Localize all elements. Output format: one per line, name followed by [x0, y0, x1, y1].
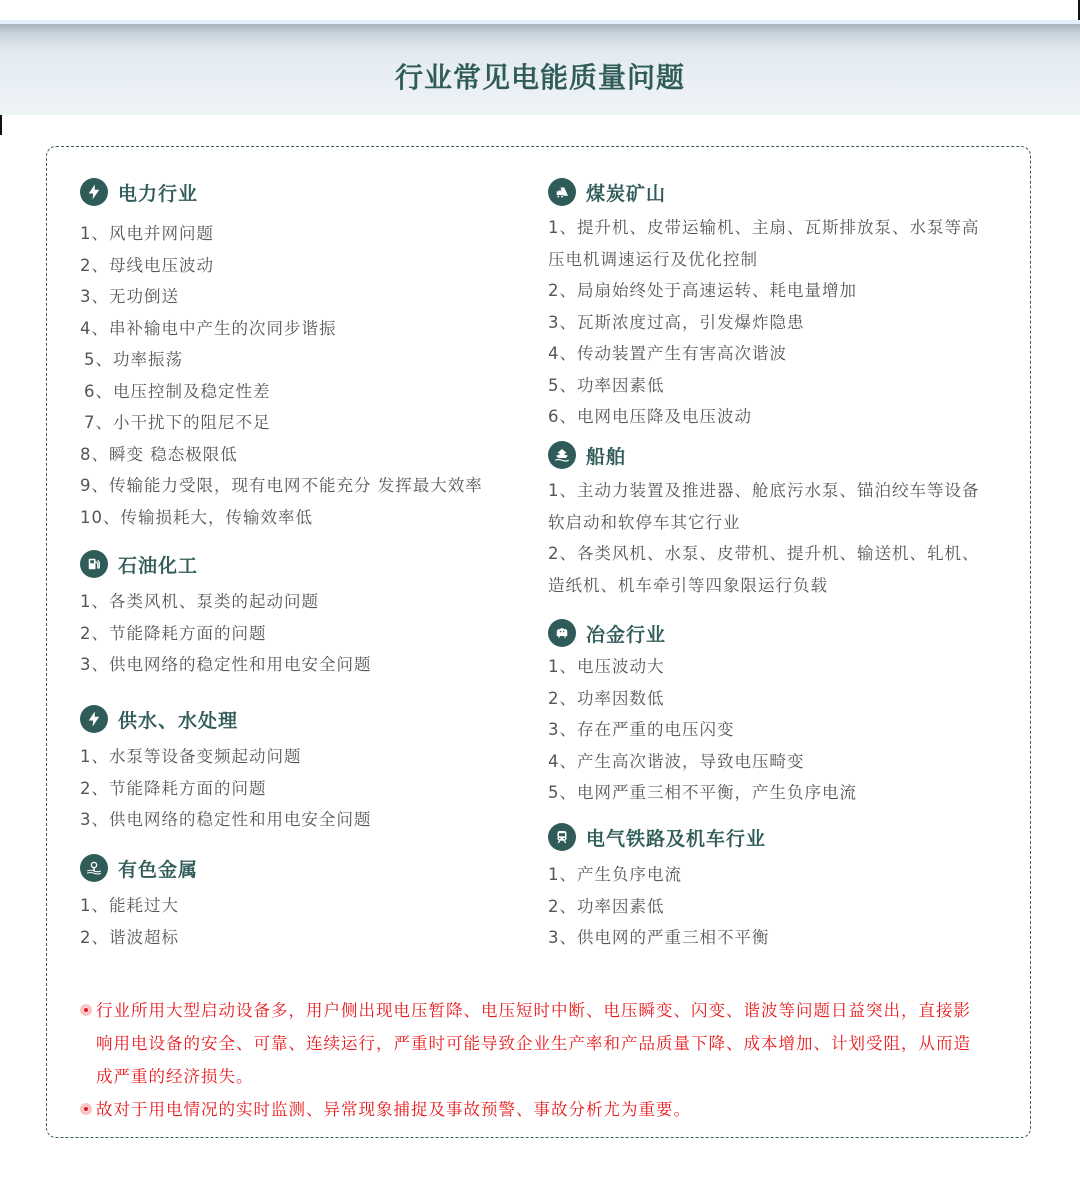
mine-cart-icon	[548, 178, 576, 206]
section-metallurgy: 冶金行业 1、电压波动大 2、功率因数低 3、存在严重的电压闪变 4、产生高次谐…	[548, 615, 988, 809]
note-text: 故对于用电情况的实时监测、异常现象捕捉及事故预警、事故分析尤为重要。	[96, 1100, 691, 1119]
list-item: 2、各类风机、水泵、皮带机、提升机、输送机、轧机、造纸机、机车牵引等四象限运行负…	[548, 538, 988, 601]
section-petrochemical: 石油化工 1、各类风机、泵类的起动问题 2、节能降耗方面的问题 3、供电网络的稳…	[80, 546, 530, 681]
issue-list: 1、主动力装置及推进器、舱底污水泵、锚泊绞车等设备软启动和软停车其它行业 2、各…	[548, 475, 988, 601]
list-item: 8、瞬变 稳态极限低	[80, 439, 530, 471]
section-header: 石油化工	[80, 546, 530, 582]
issue-list: 1、产生负序电流 2、功率因素低 3、供电网的严重三相不平衡	[548, 859, 988, 954]
list-item: 2、局扇始终处于高速运转、耗电量增加	[548, 275, 988, 307]
train-icon	[548, 823, 576, 851]
list-item: 4、传动装置产生有害高次谐波	[548, 338, 988, 370]
list-item: 2、功率因素低	[548, 891, 988, 923]
summary-notes: 行业所用大型启动设备多，用户侧出现电压暂降、电压短时中断、电压瞬变、闪变、谐波等…	[78, 994, 988, 1126]
section-coal-mining: 煤炭矿山 1、提升机、皮带运输机、主扇、瓦斯排放泵、水泵等高压电机调速运行及优化…	[548, 174, 988, 433]
section-header: 有色金属	[80, 850, 530, 886]
water-well-icon	[80, 854, 108, 882]
lightning-icon	[80, 705, 108, 733]
issue-list: 1、各类风机、泵类的起动问题 2、节能降耗方面的问题 3、供电网络的稳定性和用电…	[80, 586, 530, 681]
edge-line	[0, 115, 2, 135]
list-item: 9、传输能力受限，现有电网不能充分 发挥最大效率	[80, 470, 530, 502]
ship-icon	[548, 441, 576, 469]
list-item: 3、瓦斯浓度过高，引发爆炸隐患	[548, 307, 988, 339]
section-title: 船舶	[586, 442, 626, 469]
list-item: 2、母线电压波动	[80, 250, 530, 282]
note-text: 行业所用大型启动设备多，用户侧出现电压暂降、电压短时中断、电压瞬变、闪变、谐波等…	[96, 1001, 971, 1086]
list-item: 1、各类风机、泵类的起动问题	[80, 586, 530, 618]
list-item: 6、电压控制及稳定性差	[80, 376, 530, 408]
section-title: 供水、水处理	[118, 706, 238, 733]
list-item: 1、提升机、皮带运输机、主扇、瓦斯排放泵、水泵等高压电机调速运行及优化控制	[548, 212, 988, 275]
section-title: 电气铁路及机车行业	[586, 824, 766, 851]
list-item: 5、功率因素低	[548, 370, 988, 402]
list-item: 3、无功倒送	[80, 281, 530, 313]
list-item: 1、产生负序电流	[548, 859, 988, 891]
list-item: 3、供电网的严重三相不平衡	[548, 922, 988, 954]
page-title: 行业常见电能质量问题	[0, 56, 1080, 96]
list-item: 3、存在严重的电压闪变	[548, 714, 988, 746]
bullet-dot-icon	[80, 1103, 92, 1115]
section-header: 供水、水处理	[80, 701, 530, 737]
lightning-icon	[80, 178, 108, 206]
list-item: 1、风电并网问题	[80, 218, 530, 250]
list-item: 5、功率振荡	[80, 344, 530, 376]
section-title: 冶金行业	[586, 620, 666, 647]
list-item: 1、主动力装置及推进器、舱底污水泵、锚泊绞车等设备软启动和软停车其它行业	[548, 475, 988, 538]
list-item: 10、传输损耗大，传输效率低	[80, 502, 530, 534]
issue-list: 1、水泵等设备变频起动问题 2、节能降耗方面的问题 3、供电网络的稳定性和用电安…	[80, 741, 530, 836]
section-shipping: 船舶 1、主动力装置及推进器、舱底污水泵、锚泊绞车等设备软启动和软停车其它行业 …	[548, 437, 988, 601]
header-banner: 行业常见电能质量问题	[0, 20, 1080, 115]
section-title: 电力行业	[118, 179, 198, 206]
list-item: 2、节能降耗方面的问题	[80, 773, 530, 805]
issue-list: 1、风电并网问题 2、母线电压波动 3、无功倒送 4、串补输电中产生的次同步谐振…	[80, 218, 530, 533]
list-item: 2、功率因数低	[548, 683, 988, 715]
bullet-dot-icon	[80, 1004, 92, 1016]
list-item: 1、电压波动大	[548, 651, 988, 683]
note-item: 行业所用大型启动设备多，用户侧出现电压暂降、电压短时中断、电压瞬变、闪变、谐波等…	[78, 994, 988, 1093]
issue-list: 1、能耗过大 2、谐波超标	[80, 890, 530, 953]
section-header: 冶金行业	[548, 615, 988, 651]
list-item: 1、水泵等设备变频起动问题	[80, 741, 530, 773]
section-electric-railway: 电气铁路及机车行业 1、产生负序电流 2、功率因素低 3、供电网的严重三相不平衡	[548, 819, 988, 954]
list-item: 2、谐波超标	[80, 922, 530, 954]
note-item: 故对于用电情况的实时监测、异常现象捕捉及事故预警、事故分析尤为重要。	[78, 1093, 988, 1126]
issue-list: 1、提升机、皮带运输机、主扇、瓦斯排放泵、水泵等高压电机调速运行及优化控制 2、…	[548, 212, 988, 433]
section-power: 电力行业 1、风电并网问题 2、母线电压波动 3、无功倒送 4、串补输电中产生的…	[80, 174, 530, 533]
top-strip	[0, 0, 1080, 20]
list-item: 3、供电网络的稳定性和用电安全问题	[80, 649, 530, 681]
list-item: 1、能耗过大	[80, 890, 530, 922]
section-title: 煤炭矿山	[586, 179, 666, 206]
list-item: 4、产生高次谐波，导致电压畸变	[548, 746, 988, 778]
list-item: 2、节能降耗方面的问题	[80, 618, 530, 650]
section-header: 电气铁路及机车行业	[548, 819, 988, 855]
list-item: 4、串补输电中产生的次同步谐振	[80, 313, 530, 345]
section-nonferrous-metals: 有色金属 1、能耗过大 2、谐波超标	[80, 850, 530, 953]
section-water-supply: 供水、水处理 1、水泵等设备变频起动问题 2、节能降耗方面的问题 3、供电网络的…	[80, 701, 530, 836]
list-item: 6、电网电压降及电压波动	[548, 401, 988, 433]
section-title: 石油化工	[118, 551, 198, 578]
list-item: 5、电网严重三相不平衡，产生负序电流	[548, 777, 988, 809]
furnace-icon	[548, 619, 576, 647]
section-header: 煤炭矿山	[548, 174, 988, 210]
issue-list: 1、电压波动大 2、功率因数低 3、存在严重的电压闪变 4、产生高次谐波，导致电…	[548, 651, 988, 809]
section-header: 电力行业	[80, 174, 530, 210]
list-item: 7、小干扰下的阻尼不足	[80, 407, 530, 439]
section-header: 船舶	[548, 437, 988, 473]
fuel-pump-icon	[80, 550, 108, 578]
section-title: 有色金属	[118, 855, 198, 882]
list-item: 3、供电网络的稳定性和用电安全问题	[80, 804, 530, 836]
